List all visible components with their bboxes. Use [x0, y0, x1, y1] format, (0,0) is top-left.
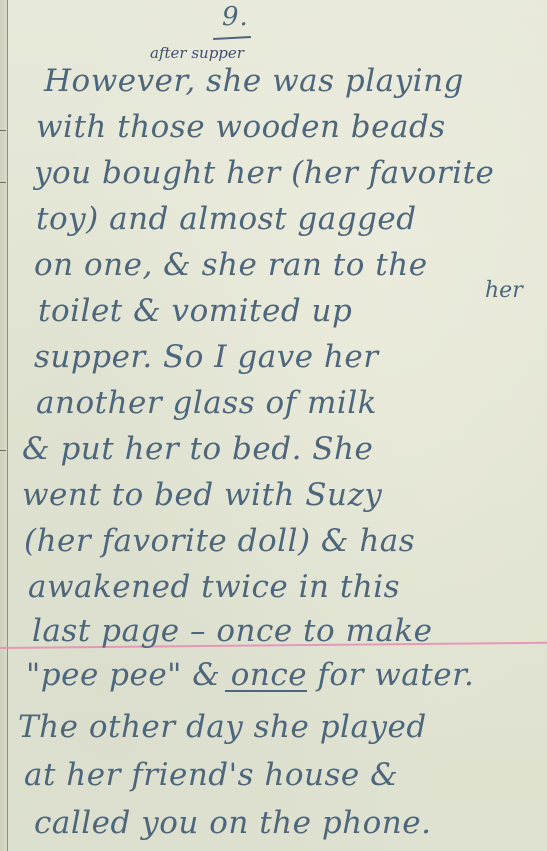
margin-tick	[0, 130, 6, 131]
text-line-9: & put her to bed. She	[22, 434, 373, 465]
text-line-7: supper. So I gave her	[34, 342, 379, 373]
insertion-after-supper: after supper	[150, 44, 244, 62]
text-line-13: last page – once to make	[32, 616, 433, 647]
text-line-15: The other day she played	[18, 712, 427, 743]
page-left-edge	[0, 0, 8, 851]
text-line-17: called you on the phone.	[34, 808, 431, 839]
interlinear-her-1: her	[485, 278, 523, 303]
page-number: 9.	[222, 2, 249, 32]
section-divider	[225, 690, 307, 692]
text-line-6: toilet & vomited up	[38, 296, 352, 327]
text-line-14: "pee pee" & once for water.	[26, 660, 474, 691]
text-line-16: at her friend's house &	[24, 760, 398, 791]
text-line-2: with those wooden beads	[36, 112, 446, 143]
letter-page: 9. after supper However, she was playing…	[0, 0, 547, 851]
text-line-8: another glass of milk	[36, 388, 377, 419]
page-number-underline	[213, 36, 251, 40]
text-line-5: on one, & she ran to the	[34, 250, 428, 281]
text-line-1: However, she was playing	[44, 66, 464, 97]
text-line-12: awakened twice in this	[28, 572, 400, 603]
text-line-3: you bought her (her favorite	[34, 158, 494, 189]
margin-tick	[0, 182, 6, 183]
text-line-10: went to bed with Suzy	[22, 480, 382, 511]
margin-tick	[0, 450, 6, 451]
text-line-11: (her favorite doll) & has	[24, 526, 415, 557]
text-line-4: toy) and almost gagged	[36, 204, 417, 235]
